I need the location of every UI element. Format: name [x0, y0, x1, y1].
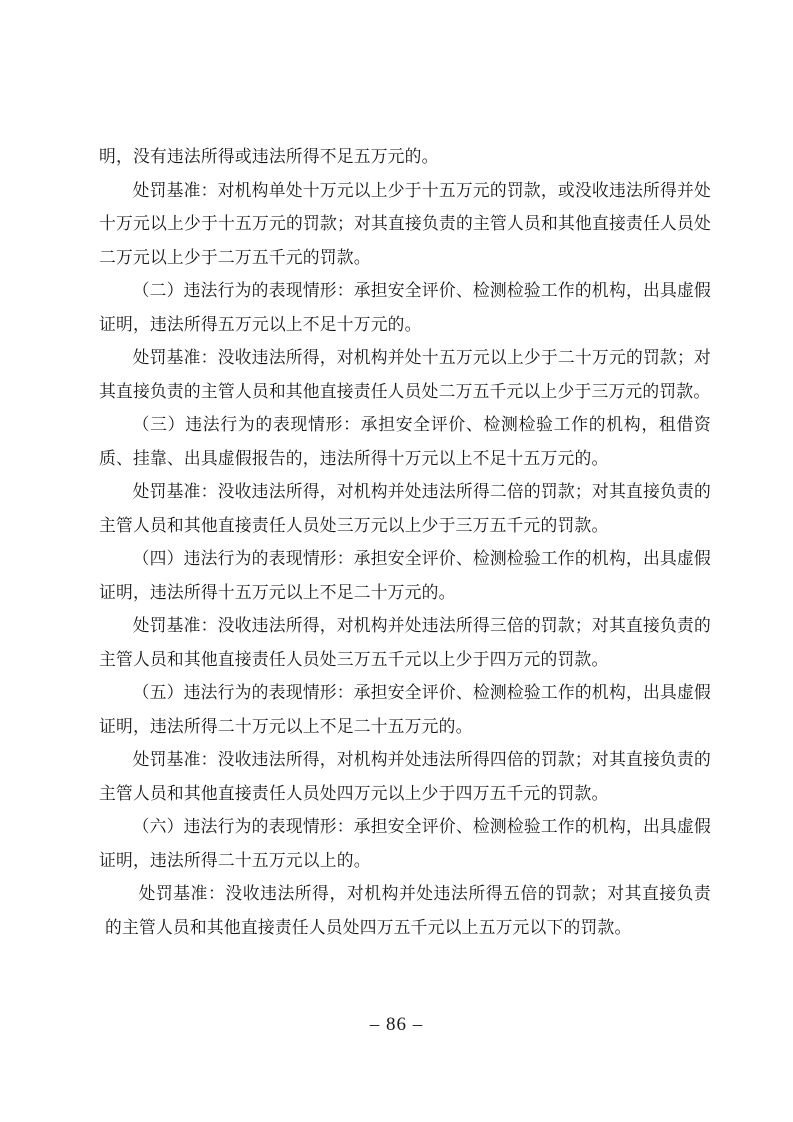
paragraph: 处罚基准：没收违法所得，对机构并处违法所得五倍的罚款；对其直接负责的主管人员和其…	[99, 877, 711, 944]
document-body: 明，没有违法所得或违法所得不足五万元的。处罚基准：对机构单处十万元以上少于十五万…	[99, 140, 711, 944]
paragraph: 处罚基准：对机构单处十万元以上少于十五万元的罚款，或没收违法所得并处十万元以上少…	[99, 174, 711, 275]
paragraph: （三）违法行为的表现情形：承担安全评价、检测检验工作的机构，租借资质、挂靠、出具…	[99, 408, 711, 475]
paragraph: （二）违法行为的表现情形：承担安全评价、检测检验工作的机构，出具虚假证明，违法所…	[99, 274, 711, 341]
paragraph: （五）违法行为的表现情形：承担安全评价、检测检验工作的机构，出具虚假证明，违法所…	[99, 676, 711, 743]
paragraph: 处罚基准：没收违法所得，对机构并处违法所得二倍的罚款；对其直接负责的主管人员和其…	[99, 475, 711, 542]
paragraph: 处罚基准：没收违法所得，对机构并处违法所得四倍的罚款；对其直接负责的主管人员和其…	[99, 743, 711, 810]
paragraph: （四）违法行为的表现情形：承担安全评价、检测检验工作的机构，出具虚假证明，违法所…	[99, 542, 711, 609]
paragraph: 明，没有违法所得或违法所得不足五万元的。	[99, 140, 711, 174]
paragraph: 处罚基准：没收违法所得，对机构并处十五万元以上少于二十万元的罚款；对其直接负责的…	[99, 341, 711, 408]
paragraph: 处罚基准：没收违法所得，对机构并处违法所得三倍的罚款；对其直接负责的主管人员和其…	[99, 609, 711, 676]
paragraph: （六）违法行为的表现情形：承担安全评价、检测检验工作的机构，出具虚假证明，违法所…	[99, 810, 711, 877]
page-number: – 86 –	[0, 1014, 793, 1036]
document-page: 明，没有违法所得或违法所得不足五万元的。处罚基准：对机构单处十万元以上少于十五万…	[0, 0, 793, 1122]
